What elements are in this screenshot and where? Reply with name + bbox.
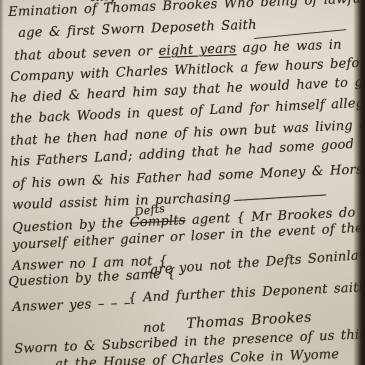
underlined-phrase: eight years [158, 41, 236, 59]
page-left-edge-shadow [0, 0, 4, 365]
deposition-line-8: would assist him in purchasing [12, 190, 231, 213]
manuscript-page: tilly Emination of Thomas Brookes Who be… [0, 0, 365, 365]
examination-heading-line-1: Emination of Thomas Brookes Who being of… [8, 0, 365, 20]
page-right-edge-shadow [353, 0, 365, 365]
deposition-line-1-start: that about seven or [14, 44, 159, 64]
answer2-prefix-line: Answer yes – – – [12, 296, 131, 315]
question2-text-line: are you not the Defts Soninlaw [150, 248, 365, 278]
examination-heading-line-2: age & first Sworn Deposeth Saith [18, 18, 257, 41]
deposition-line-1-end: ago he was in [236, 38, 342, 57]
question1-struck-word: CompltsDefts [129, 213, 186, 231]
answer2-text-line: { And further this Deponent saith [128, 280, 365, 306]
ink-dash-after-purchasing: ———————— [233, 187, 326, 208]
